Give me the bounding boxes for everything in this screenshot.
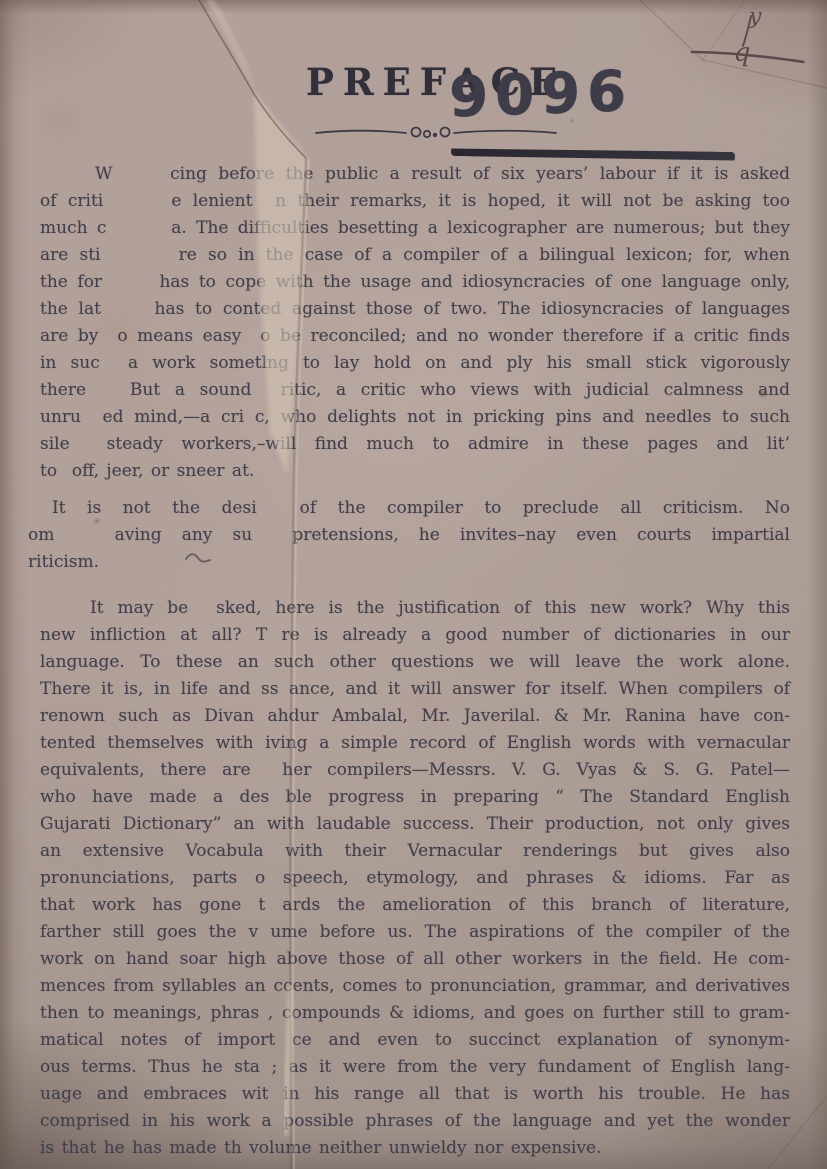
text-line: equivalents, there are her compilers—Mes… xyxy=(40,757,790,784)
paragraph: W cing before the public a result of six… xyxy=(40,161,790,485)
paragraph: It may be sked, here is the justificatio… xyxy=(40,595,790,1162)
text-line: farther still goes the v ume before us. … xyxy=(40,919,790,946)
text-line: new infliction at all? T re is already a… xyxy=(40,622,790,649)
text-line: matical notes of import ce and even to s… xyxy=(40,1027,790,1054)
text-line: Gujarati Dictionary” an with laudable su… xyxy=(40,811,790,838)
text-line: much c a. The difficulties besetting a l… xyxy=(40,215,790,242)
text-line: ous terms. Thus he sta ; as it were from… xyxy=(40,1054,790,1081)
text-line: comprised in his work a possible phrases… xyxy=(40,1108,790,1135)
text-line: who have made a des ble progress in prep… xyxy=(40,784,790,811)
text-line: an extensive Vocabula with their Vernacu… xyxy=(40,838,790,865)
text-line: is that he has made th volume neither un… xyxy=(40,1135,790,1162)
corner-annotation-top: y xyxy=(749,4,762,29)
text-line: of criti e lenient n their remarks, it i… xyxy=(40,188,790,215)
text-line: are by o means easy o be reconciled; and… xyxy=(40,323,790,350)
text-line: It is not the desi of the compiler to pr… xyxy=(40,495,790,522)
text-line: pronunciations, parts o speech, etymolog… xyxy=(40,865,790,892)
text-line: It may be sked, here is the justificatio… xyxy=(40,595,790,622)
text-line: language. To these an such other questio… xyxy=(40,649,790,676)
pen-squiggle-mark xyxy=(184,551,214,565)
text-line: the lat has to conted against those of t… xyxy=(40,296,790,323)
text-line: are sti re so in the case of a compiler … xyxy=(40,242,790,269)
text-line: mences from syllables an ccents, comes t… xyxy=(40,973,790,1000)
text-line: there But a sound ritic, a critic who vi… xyxy=(40,377,790,404)
text-line: the for has to cope with the usage and i… xyxy=(40,269,790,296)
text-line: work on hand soar high above those of al… xyxy=(40,946,790,973)
text-line: to off, jeer, or sneer at. xyxy=(40,458,790,485)
text-line: in suc a work sometlng to lay hold on an… xyxy=(40,350,790,377)
text-line: unru ed mind,—a cri c, who delights not … xyxy=(40,404,790,431)
text-line: riticism. xyxy=(28,549,790,576)
text-line: renown such as Divan ahdur Ambalal, Mr. … xyxy=(40,703,790,730)
text-line: sile steady workers,–will find much to a… xyxy=(40,431,790,458)
handwritten-accession-number: 9096 xyxy=(449,59,633,130)
scanned-book-page: PREFACE. 9096 y q W cing before the publ… xyxy=(0,0,827,1169)
text-line: tented themselves with iving a simple re… xyxy=(40,730,790,757)
text-line: uage and embraces wit in his range all t… xyxy=(40,1081,790,1108)
ornamental-divider xyxy=(314,122,558,144)
text-line: then to meanings, phras , compounds & id… xyxy=(40,1000,790,1027)
text-line: W cing before the public a result of six… xyxy=(40,161,790,188)
text-line: There it is, in life and ss ance, and it… xyxy=(40,676,790,703)
pen-underline-mark xyxy=(451,146,735,162)
text-line: that work has gone t ards the ameliorati… xyxy=(40,892,790,919)
body-text: W cing before the public a result of six… xyxy=(40,161,790,1162)
text-line: om aving any su pretensions, he invites–… xyxy=(28,522,790,549)
corner-annotation-mark: y q xyxy=(687,4,812,88)
paragraph: It is not the desi of the compiler to pr… xyxy=(40,495,790,576)
corner-annotation-bottom: q xyxy=(733,37,751,68)
